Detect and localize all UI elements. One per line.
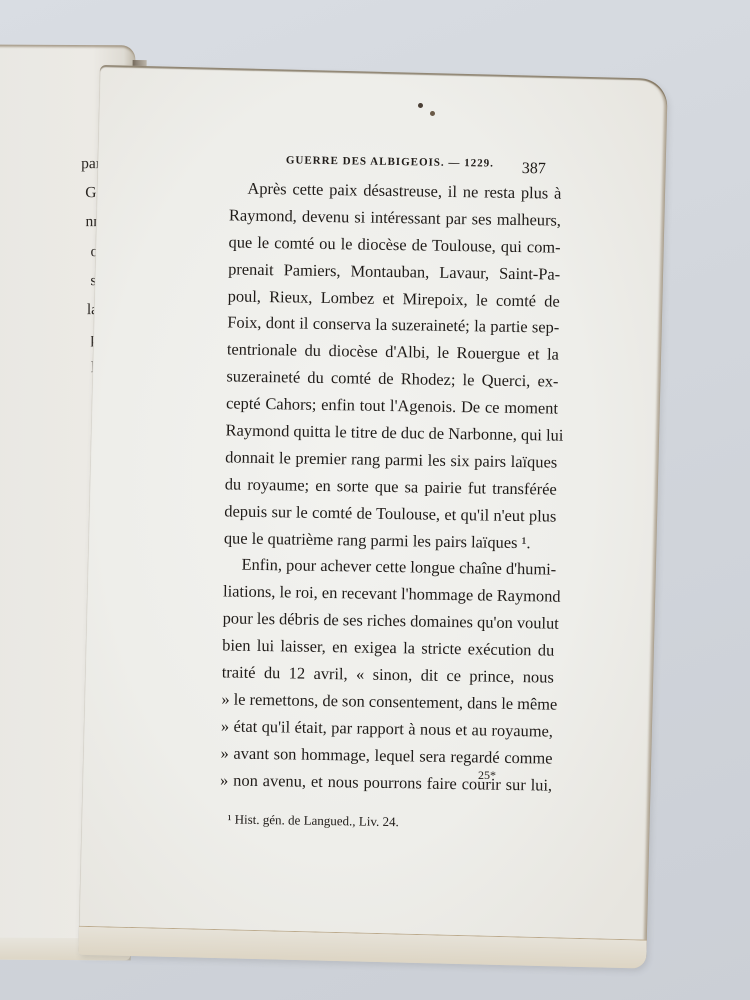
ink-spot	[418, 103, 423, 108]
ink-spot	[430, 111, 435, 116]
running-head-title: GUERRE DES ALBIGEOIS. — 1229.	[286, 154, 494, 169]
text-line: » non avenu, et nous pourrons faire cour…	[220, 767, 552, 799]
page-content: GUERRE DES ALBIGEOIS. — 1229. 387 Après …	[127, 152, 568, 833]
body-text: Après cette paix désastreuse, il ne rest…	[220, 175, 562, 799]
page-number: 387	[522, 160, 546, 178]
signature-mark: 25*	[478, 768, 496, 783]
right-page-bottom-edge	[78, 926, 647, 969]
